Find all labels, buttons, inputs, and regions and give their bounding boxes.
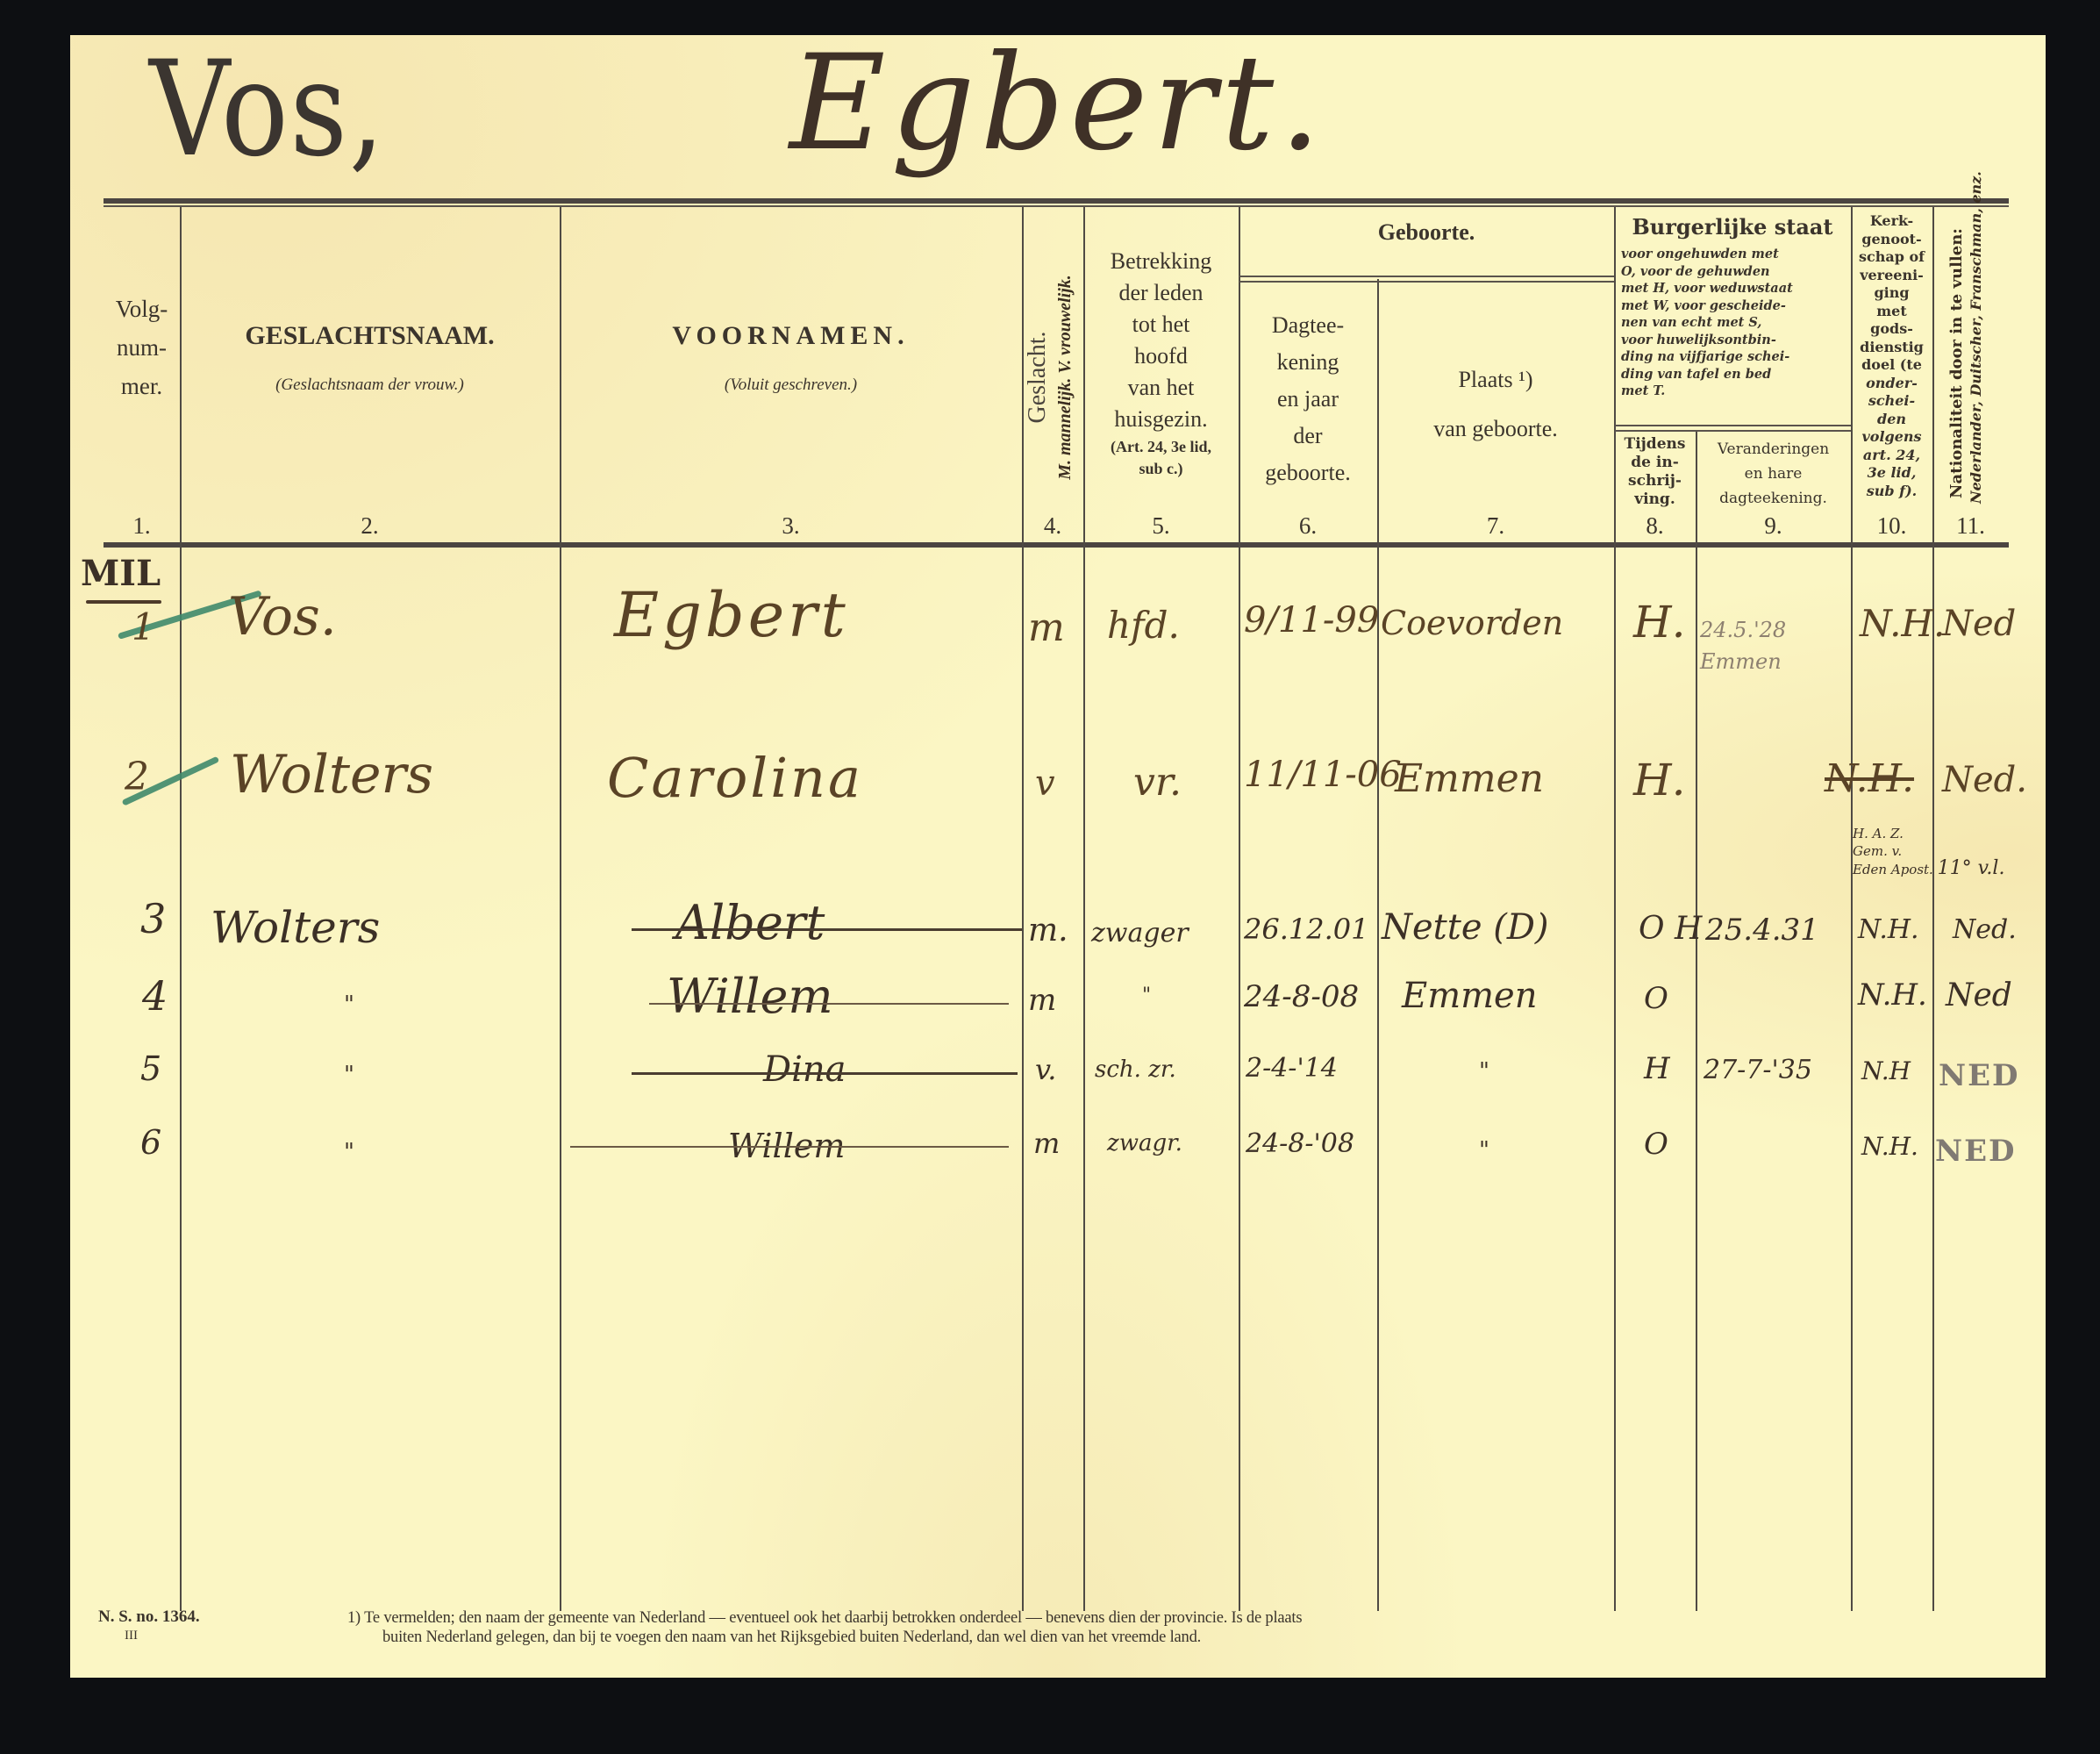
row-sex: m xyxy=(1033,1127,1060,1160)
footnote-line-2: buiten Nederland gelegen, dan bij te voe… xyxy=(382,1629,1201,1647)
row-birthdate: 2-4-'14 xyxy=(1246,1053,1338,1084)
col8-header-line: Tijdens xyxy=(1614,435,1696,454)
col10-header-line: met xyxy=(1851,303,1932,321)
row-relation: zwager xyxy=(1091,918,1189,949)
col7-header-line: van geboorte. xyxy=(1377,404,1614,454)
church-note-line: Eden Apost. xyxy=(1853,862,1933,877)
row-church: N.H. xyxy=(1858,914,1919,945)
col10-number: 10. xyxy=(1851,512,1932,540)
column-divider xyxy=(180,207,182,1611)
row-civil-status: H. xyxy=(1633,597,1686,648)
row-birthdate: 26.12.01 xyxy=(1244,913,1369,946)
col9-header-line: Veranderingen xyxy=(1696,437,1851,462)
row-surname: Vos. xyxy=(228,586,337,648)
col2-title: GESLACHTSNAAM. xyxy=(180,321,560,351)
row-birthdate: 9/11-99 xyxy=(1244,600,1379,641)
column-divider xyxy=(560,207,561,1611)
burgerlijke-subdivider xyxy=(1615,425,1851,426)
row-nationality: Ned. xyxy=(1953,914,2017,945)
col1-header-line: Volg- xyxy=(104,290,180,328)
row-nationality: Ned. xyxy=(1942,760,2027,800)
row-given-names: Egbert xyxy=(614,579,849,651)
row-surname: Wolters xyxy=(211,902,380,953)
row-church: N.H xyxy=(1861,1056,1911,1085)
col6-header-line: geboorte. xyxy=(1239,455,1377,491)
col11-title: Nationaliteit door in te vullen: xyxy=(1946,223,1968,504)
col5-header-line: van het xyxy=(1083,372,1239,404)
row-nationality: Ned xyxy=(1942,604,2016,644)
col10-header-line: 3e lid, xyxy=(1851,464,1932,483)
col2-number: 2. xyxy=(180,512,560,540)
col9-header-line: dagteekening. xyxy=(1696,486,1851,511)
row-nationality: Ned xyxy=(1946,977,2012,1013)
burgerlijke-title: Burgerlijke staat xyxy=(1614,214,1851,240)
nationality-stamp: NED xyxy=(1939,1058,2019,1093)
col3-title: VOORNAMEN. xyxy=(560,321,1022,351)
row-civil-status: O H xyxy=(1639,911,1702,947)
row2-church-note: H. A. Z. Gem. v. Eden Apost. 11° v.l. xyxy=(1853,825,2004,878)
col11-subtitle: Nederlander, Duitscher, Franschman, enz. xyxy=(1968,223,1985,504)
burgerlijke-description: voor ongehuwden met O, voor de gehuwden … xyxy=(1621,246,1846,400)
row-sex: v xyxy=(1035,763,1055,804)
col10-header-line: doel (te xyxy=(1851,356,1932,375)
row-given-names: Dina xyxy=(763,1049,846,1090)
row-birthplace: Nette (D) xyxy=(1382,907,1549,948)
card-surname-title: Vos, xyxy=(149,44,386,175)
burgerlijke-desc-line: ding na vijfjarige schei- xyxy=(1621,348,1846,366)
row-birthplace: " xyxy=(1479,1058,1489,1085)
row-relation: " xyxy=(1142,984,1151,1006)
row-civil-status: O xyxy=(1644,1127,1668,1162)
col7-header: Plaats ¹) van geboorte. xyxy=(1377,355,1614,454)
col8-number: 8. xyxy=(1614,512,1696,540)
col5-note: (Art. 24, 3e lid, xyxy=(1083,435,1239,458)
burgerlijke-desc-line: met T. xyxy=(1621,383,1846,400)
row-surname: Wolters xyxy=(230,744,433,805)
col1-header-line: num- xyxy=(104,328,180,367)
row-civil-change: 25.4.31 xyxy=(1705,913,1819,948)
strikethrough-line xyxy=(649,1003,1009,1005)
geboorte-group-title: Geboorte. xyxy=(1239,219,1614,246)
col3-number: 3. xyxy=(560,512,1022,540)
row-birthdate: 24-8-'08 xyxy=(1246,1128,1354,1159)
col10-header-line: Kerk- xyxy=(1851,212,1932,231)
row-church: N.H. xyxy=(1858,977,1927,1013)
col10-header-line: ging xyxy=(1851,284,1932,303)
col5-header: Betrekking der leden tot het hoofd van h… xyxy=(1083,246,1239,479)
col10-header-line: vereeni- xyxy=(1851,267,1932,285)
col4-number: 4. xyxy=(1022,512,1083,540)
nationality-stamp: NED xyxy=(1935,1134,2016,1169)
footnote-line-1: 1) Te vermelden; den naam der gemeente v… xyxy=(347,1609,1302,1628)
col7-header-line: Plaats ¹) xyxy=(1377,355,1614,404)
row-number: 2 xyxy=(125,755,149,799)
row-surname: " xyxy=(344,1139,354,1165)
header-top-rule xyxy=(104,198,2009,204)
burgerlijke-desc-line: voor huwelijksontbin- xyxy=(1621,332,1846,349)
form-id: N. S. no. 1364. xyxy=(98,1607,200,1627)
col10-header-line: dienstig xyxy=(1851,339,1932,357)
burgerlijke-desc-line: nen van echt met S, xyxy=(1621,314,1846,332)
burgerlijke-desc-line: ding van tafel en bed xyxy=(1621,366,1846,383)
row-number: 5 xyxy=(140,1049,161,1088)
col10-header-line: genoot- xyxy=(1851,231,1932,249)
col5-header-line: hoofd xyxy=(1083,340,1239,372)
col10-header-line: den xyxy=(1851,411,1932,429)
row-number: 3 xyxy=(140,895,166,942)
column-divider xyxy=(1614,207,1616,1611)
church-note-line: 11° v.l. xyxy=(1938,857,2005,879)
row-birthdate: 24-8-08 xyxy=(1244,979,1359,1014)
header-top-rule-thin xyxy=(104,205,2009,207)
column-divider xyxy=(1696,430,1697,1611)
col6-header-line: en jaar xyxy=(1239,381,1377,418)
col1-header-line: mer. xyxy=(104,367,180,405)
row-civil-status: O xyxy=(1644,981,1668,1016)
col6-header-line: kening xyxy=(1239,344,1377,381)
col8-header-line: ving. xyxy=(1614,490,1696,509)
col5-number: 5. xyxy=(1083,512,1239,540)
col11-header: Nationaliteit door in te vullen: Nederla… xyxy=(1946,223,1996,504)
row-birthplace: Emmen xyxy=(1402,976,1538,1016)
col5-header-line: tot het xyxy=(1083,309,1239,340)
col5-header-line: Betrekking xyxy=(1083,246,1239,277)
col10-header-line: art. 24, xyxy=(1851,447,1932,465)
col10-header-line: onder- xyxy=(1851,375,1932,393)
row-sex: v. xyxy=(1035,1053,1056,1086)
col9-header: Veranderingen en hare dagteekening. xyxy=(1696,437,1851,511)
col6-header-line: Dagtee- xyxy=(1239,307,1377,344)
geboorte-subdivider-2 xyxy=(1239,281,1614,283)
col10-header-line: gods- xyxy=(1851,320,1932,339)
row-relation: vr. xyxy=(1133,760,1182,805)
col6-header: Dagtee- kening en jaar der geboorte. xyxy=(1239,307,1377,491)
col4-title: Geslacht. xyxy=(1024,224,1052,531)
col8-header-line: de in- xyxy=(1614,454,1696,472)
col2-subtitle: (Geslachtsnaam der vrouw.) xyxy=(180,376,560,395)
burgerlijke-desc-line: met H, voor weduwstaat xyxy=(1621,280,1846,297)
row-surname: " xyxy=(344,1062,354,1088)
col1-header: Volg- num- mer. xyxy=(104,290,180,405)
row-birthdate: 11/11-06 xyxy=(1244,755,1402,795)
row-relation: hfd. xyxy=(1107,604,1180,647)
row-civil-change: 27-7-'35 xyxy=(1704,1055,1812,1085)
row-number: 4 xyxy=(142,972,168,1020)
col1-number: 1. xyxy=(104,512,180,540)
col6-number: 6. xyxy=(1239,512,1377,540)
col4-header: Geslacht. M. mannelijk. V. vrouwelijk. xyxy=(1024,224,1082,531)
card-given-name-title: Egbert. xyxy=(789,33,1326,174)
form-sub-id: III xyxy=(125,1629,138,1643)
row-number: 6 xyxy=(140,1123,161,1162)
col10-header-line: volgens xyxy=(1851,428,1932,447)
header-bottom-rule xyxy=(104,542,2009,548)
margin-mark-mil: MIL xyxy=(81,553,161,594)
col10-header-line: schap of xyxy=(1851,248,1932,267)
col4-subtitle: M. mannelijk. V. vrouwelijk. xyxy=(1052,224,1078,531)
col5-note: sub c.) xyxy=(1083,458,1239,479)
col7-number: 7. xyxy=(1377,512,1614,540)
col9-number: 9. xyxy=(1696,512,1851,540)
row-birthplace: Coevorden xyxy=(1381,604,1563,642)
row-birthplace: " xyxy=(1479,1137,1489,1163)
col3-subtitle: (Voluit geschreven.) xyxy=(560,376,1022,395)
col10-header-line: sub f). xyxy=(1851,483,1932,501)
row-church: N.H. xyxy=(1861,1132,1918,1161)
row-given-names: Carolina xyxy=(607,746,863,810)
row-church: N.H. xyxy=(1860,602,1945,645)
col10-header-line: schei- xyxy=(1851,392,1932,411)
col11-number: 11. xyxy=(1932,512,2009,540)
burgerlijke-desc-line: O, voor de gehuwden xyxy=(1621,263,1846,281)
strikethrough-line xyxy=(632,928,1022,931)
row-number: 1 xyxy=(132,605,155,648)
col9-header-line: en hare xyxy=(1696,462,1851,486)
burgerlijke-desc-line: met W, voor gescheide- xyxy=(1621,297,1846,315)
burgerlijke-desc-line: voor ongehuwden met xyxy=(1621,246,1846,263)
row-civil-status: H xyxy=(1644,1051,1670,1086)
church-note-line: H. A. Z. xyxy=(1853,825,2004,842)
geboorte-subdivider xyxy=(1239,276,1614,277)
col5-header-line: huisgezin. xyxy=(1083,404,1239,435)
row-birthplace: Emmen xyxy=(1395,756,1544,801)
row-surname: " xyxy=(344,992,354,1018)
margin-mark-underline xyxy=(86,600,161,604)
row-sex: m. xyxy=(1028,913,1068,949)
row-relation: sch. zr. xyxy=(1095,1056,1176,1083)
row-given-names: Willem xyxy=(667,969,833,1024)
strikethrough-line xyxy=(632,1072,1018,1075)
row-relation: zwagr. xyxy=(1107,1130,1182,1156)
row-church: N.H. xyxy=(1825,756,1914,801)
strikethrough-line xyxy=(570,1146,1009,1148)
burgerlijke-subdivider-2 xyxy=(1615,430,1851,432)
col6-header-line: der xyxy=(1239,418,1377,455)
row-sex: m xyxy=(1028,983,1056,1018)
row-civil-change: 24.5.'28 Emmen xyxy=(1700,614,1840,677)
col5-header-line: der leden xyxy=(1083,277,1239,309)
column-divider xyxy=(1932,207,1934,1611)
row-sex: m xyxy=(1028,605,1065,650)
col8-header-line: schrij- xyxy=(1614,472,1696,490)
col10-header: Kerk- genoot- schap of vereeni- ging met… xyxy=(1851,212,1932,500)
row-given-names: Albert xyxy=(675,895,825,950)
column-divider xyxy=(1377,279,1379,1611)
col8-header: Tijdens de in- schrij- ving. xyxy=(1614,435,1696,509)
row-civil-status: H. xyxy=(1633,755,1686,805)
